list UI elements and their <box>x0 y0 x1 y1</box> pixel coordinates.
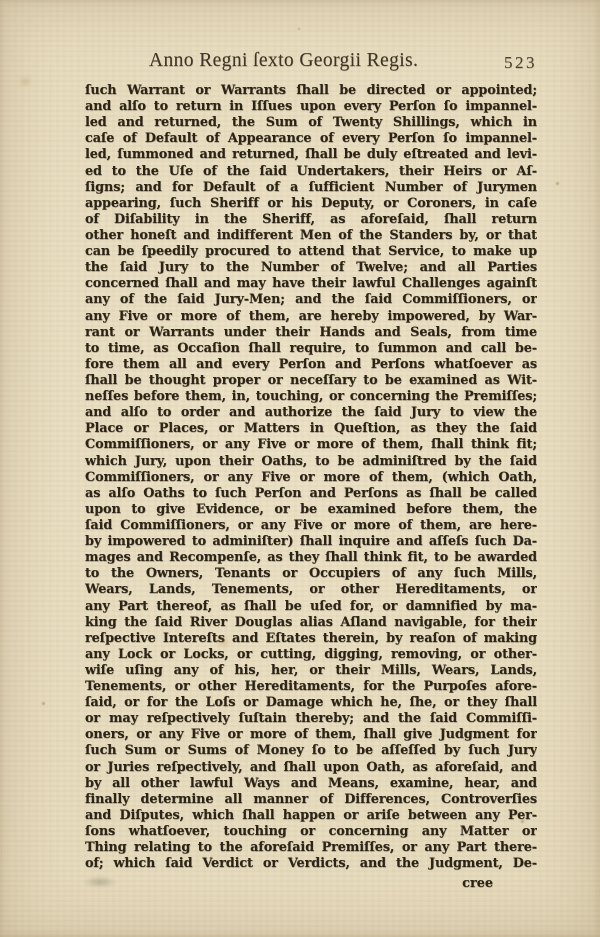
text-line: oners, or any Five or more of them, ſhal… <box>85 727 537 743</box>
text-line: fore them all and every Perſon and Perſo… <box>85 357 537 373</box>
text-line: ſaid Commiſſioners, or any Five or more … <box>85 518 537 534</box>
paper-stain <box>17 75 34 88</box>
text-line: mages and Recompenſe, as they ſhall thin… <box>85 550 537 566</box>
text-line: or may reſpectively ſuſtain thereby; and… <box>85 711 537 727</box>
text-line: reſpective Intereſts and Eſtates therein… <box>85 631 537 647</box>
header-title: Anno Regni ſexto Georgii Regis. <box>149 50 418 72</box>
scanned-document-page: Anno Regni ſexto Georgii Regis. 523 ſuch… <box>0 0 600 937</box>
text-line: concerned ſhall and may have their lawfu… <box>85 276 537 292</box>
text-line: upon to give Evidence, or be examined be… <box>85 502 537 518</box>
text-line: ſigns; and for Default of a ſufficient N… <box>85 180 537 196</box>
text-line: ſaid, or for the Loſs or Damage which he… <box>85 695 537 711</box>
text-line: wiſe uſing any of his, her, or their Mil… <box>85 663 537 679</box>
text-line: Thing relating to the aforeſaid Premiſſe… <box>85 840 537 856</box>
text-line: the ſaid Jury to the Number of Twelve; a… <box>85 260 537 276</box>
paper-speck <box>298 28 300 30</box>
text-line: ſons whatſoever, touching or concerning … <box>85 824 537 840</box>
text-line: any Part thereof, as ſhall be uſed for, … <box>85 599 537 615</box>
text-line: ſuch Warrant or Warrants ſhall be direct… <box>85 83 537 99</box>
paper-speck <box>42 702 45 705</box>
text-line: by impowered to adminiſter) ſhall inquir… <box>85 534 537 550</box>
text-line: finally determine all manner of Differen… <box>85 792 537 808</box>
catchword: cree <box>85 876 493 891</box>
paper-speck <box>556 182 559 185</box>
text-line: by all other lawful Ways and Means, exam… <box>85 776 537 792</box>
text-line: any of the ſaid Jury-Men; and the ſaid C… <box>85 292 537 308</box>
text-line: any Five or more of them, are hereby imp… <box>85 309 537 325</box>
text-line: neſſes before them, in, touching, or con… <box>85 389 537 405</box>
text-line: ed to the Uſe of the ſaid Undertakers, t… <box>85 164 537 180</box>
text-line: rant or Warrants under their Hands and S… <box>85 325 537 341</box>
text-line: and alſo to return in Iſſues upon every … <box>85 99 537 115</box>
text-line: which Jury, upon their Oaths, to be admi… <box>85 454 537 470</box>
text-line: led, ſummoned and returned, ſhall be dul… <box>85 147 537 163</box>
text-line: can be ſpeedily procured to attend that … <box>85 244 537 260</box>
text-line: and Diſputes, which ſhall happen or ariſ… <box>85 808 537 824</box>
text-line: of; which ſaid Verdict or Verdicts, and … <box>85 856 537 872</box>
text-line: Tenements, or other Hereditaments, for t… <box>85 679 537 695</box>
text-line: Place or Places, or Matters in Queſtion,… <box>85 421 537 437</box>
text-line: caſe of Default of Appearance of every P… <box>85 131 537 147</box>
text-line: to time, as Occaſion ſhall require, to ſ… <box>85 341 537 357</box>
text-line: Wears, Lands, Tenements, or other Heredi… <box>85 582 537 598</box>
text-line: ſuch Sum or Sums of Money ſo to be aſſeſ… <box>85 743 537 759</box>
text-line: other honeſt and indifferent Men of the … <box>85 228 537 244</box>
running-header: Anno Regni ſexto Georgii Regis. 523 <box>85 50 537 78</box>
text-line: of Diſability in the Sheriff, as aforeſa… <box>85 212 537 228</box>
text-line: and alſo to order and authorize the ſaid… <box>85 405 537 421</box>
text-line: ſhall be thought proper or neceſſary to … <box>85 373 537 389</box>
text-line: Commiſſioners, or any Five or more of th… <box>85 437 537 453</box>
text-line: Commiſſioners, or any Five or more of th… <box>85 470 537 486</box>
text-line: king the ſaid River Douglas alias Aſland… <box>85 615 537 631</box>
text-line: or Juries reſpectively, and ſhall upon O… <box>85 760 537 776</box>
text-line: as alſo Oaths to ſuch Perſon and Perſons… <box>85 486 537 502</box>
text-line: any Lock or Locks, or cutting, digging, … <box>85 647 537 663</box>
text-line: led and returned, the Sum of Twenty Shil… <box>85 115 537 131</box>
body-text-block: ſuch Warrant or Warrants ſhall be direct… <box>85 83 537 872</box>
text-line: to the Owners, Tenants or Occupiers of a… <box>85 566 537 582</box>
text-line: appearing, ſuch Sheriff or his Deputy, o… <box>85 196 537 212</box>
page-number: 523 <box>504 53 537 73</box>
